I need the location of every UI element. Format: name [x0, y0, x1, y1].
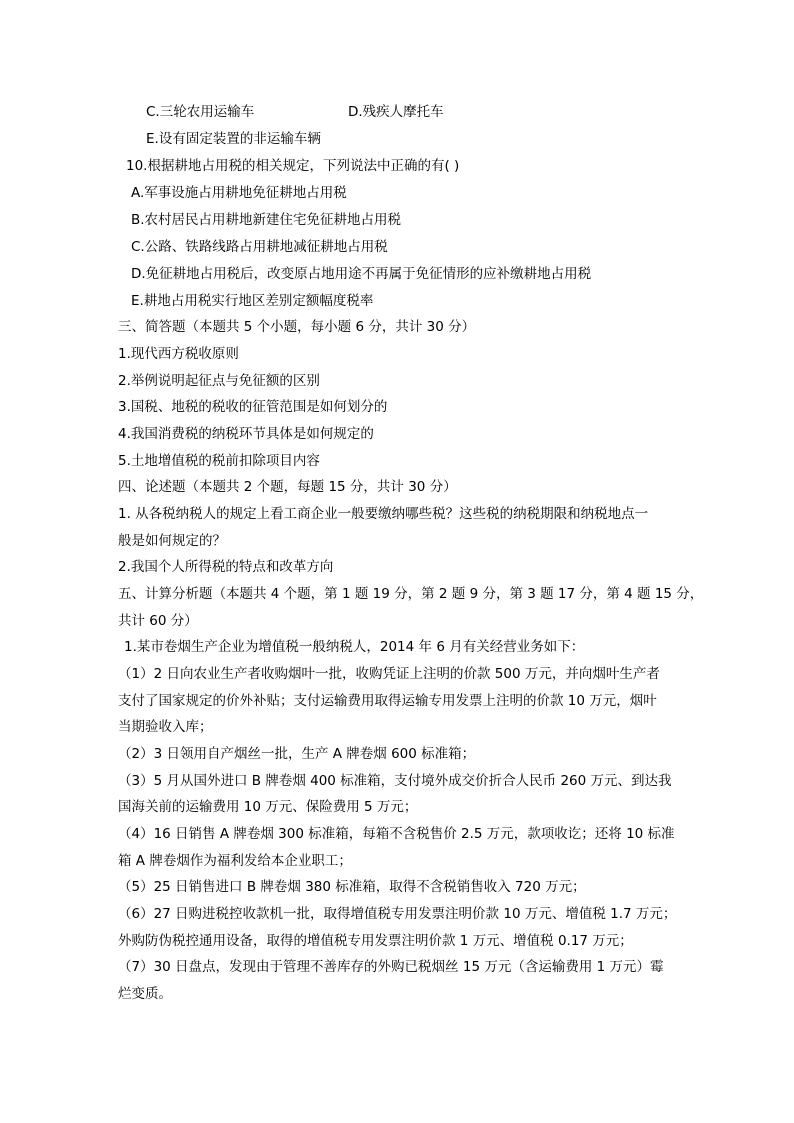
- section5-q1-line-8: 箱 A 牌卷烟作为福利发给本企业职工；: [118, 852, 352, 870]
- section5-heading-line1: 五、计算分析题（本题共 4 个题，第 1 题 19 分，第 2 题 9 分，第 …: [118, 585, 703, 603]
- section3-heading: 三、简答题（本题共 5 个小题，每小题 6 分，共计 30 分）: [118, 318, 475, 336]
- section5-q1-line-11: 外购防伪税控通用设备，取得的增值税专用发票注明价款 1 万元、增值税 0.17 …: [118, 932, 633, 950]
- section4-heading: 四、论述题（本题共 2 个题，每题 15 分，共计 30 分）: [118, 478, 457, 496]
- section5-q1-intro: 1.某市卷烟生产企业为增值税一般纳税人，2014 年 6 月有关经营业务如下：: [124, 638, 584, 656]
- section5-q1-line-2: 支付了国家规定的价外补贴；支付运输费用取得运输专用发票上注明的价款 10 万元，…: [118, 692, 657, 710]
- section3-item-1: 1.现代西方税收原则: [118, 345, 239, 363]
- q10-option-a: A.军事设施占用耕地免征耕地占用税: [131, 184, 347, 202]
- section5-q1-line-9: （5）25 日销售进口 B 牌卷烟 380 标准箱，取得不含税销售收入 720 …: [118, 878, 586, 896]
- section5-q1-line-4: （2）3 日领用自产烟丝一批，生产 A 牌卷烟 600 标准箱；: [118, 745, 475, 763]
- section5-heading-line2: 共计 60 分）: [118, 612, 198, 630]
- section5-q1-line-5: （3）5 月从国外进口 B 牌卷烟 400 标准箱，支付境外成交价折合人民币 2…: [118, 772, 672, 790]
- section5-q1-line-13: 烂变质。: [118, 985, 172, 1003]
- section5-q1-line-3: 当期验收入库；: [118, 718, 213, 736]
- section5-q1-line-7: （4）16 日销售 A 牌卷烟 300 标准箱，每箱不含税售价 2.5 万元，款…: [118, 825, 675, 843]
- q9-option-e: E.设有固定装置的非运输车辆: [146, 130, 321, 148]
- document-page: C.三轮农用运输车 D.残疾人摩托车 E.设有固定装置的非运输车辆 10.根据耕…: [0, 0, 794, 1123]
- section4-item-2: 2.我国个人所得税的特点和改革方向: [118, 558, 333, 576]
- q9-option-d: D.残疾人摩托车: [348, 103, 444, 121]
- section5-q1-line-10: （6）27 日购进税控收款机一批，取得增值税专用发票注明价款 10 万元、增值税…: [118, 905, 676, 923]
- q10-stem: 10.根据耕地占用税的相关规定，下列说法中正确的有( ): [126, 157, 459, 175]
- section4-item-1-line1: 1. 从各税纳税人的规定上看工商企业一般要缴纳哪些税？这些税的纳税期限和纳税地点…: [118, 505, 648, 523]
- section3-item-3: 3.国税、地税的税收的征管范围是如何划分的: [118, 398, 387, 416]
- q9-option-c: C.三轮农用运输车: [146, 103, 254, 121]
- section5-q1-line-6: 国海关前的运输费用 10 万元、保险费用 5 万元；: [118, 798, 417, 816]
- q10-option-e: E.耕地占用税实行地区差别定额幅度税率: [131, 292, 373, 310]
- section3-item-4: 4.我国消费税的纳税环节具体是如何规定的: [118, 425, 374, 443]
- section5-q1-line-1: （1）2 日向农业生产者收购烟叶一批，收购凭证上注明的价款 500 万元，并向烟…: [118, 665, 660, 683]
- q10-option-d: D.免征耕地占用税后，改变原占地用途不再属于免征情形的应补缴耕地占用税: [131, 265, 591, 283]
- q10-option-c: C.公路、铁路线路占用耕地减征耕地占用税: [131, 238, 388, 256]
- section3-item-2: 2.举例说明起征点与免征额的区别: [118, 372, 320, 390]
- section5-q1-line-12: （7）30 日盘点，发现由于管理不善库存的外购已税烟丝 15 万元（含运输费用 …: [118, 958, 664, 976]
- section3-item-5: 5.土地增值税的税前扣除项目内容: [118, 452, 320, 470]
- section4-item-1-line2: 般是如何规定的？: [118, 532, 226, 550]
- q10-option-b: B.农村居民占用耕地新建住宅免征耕地占用税: [131, 211, 401, 229]
